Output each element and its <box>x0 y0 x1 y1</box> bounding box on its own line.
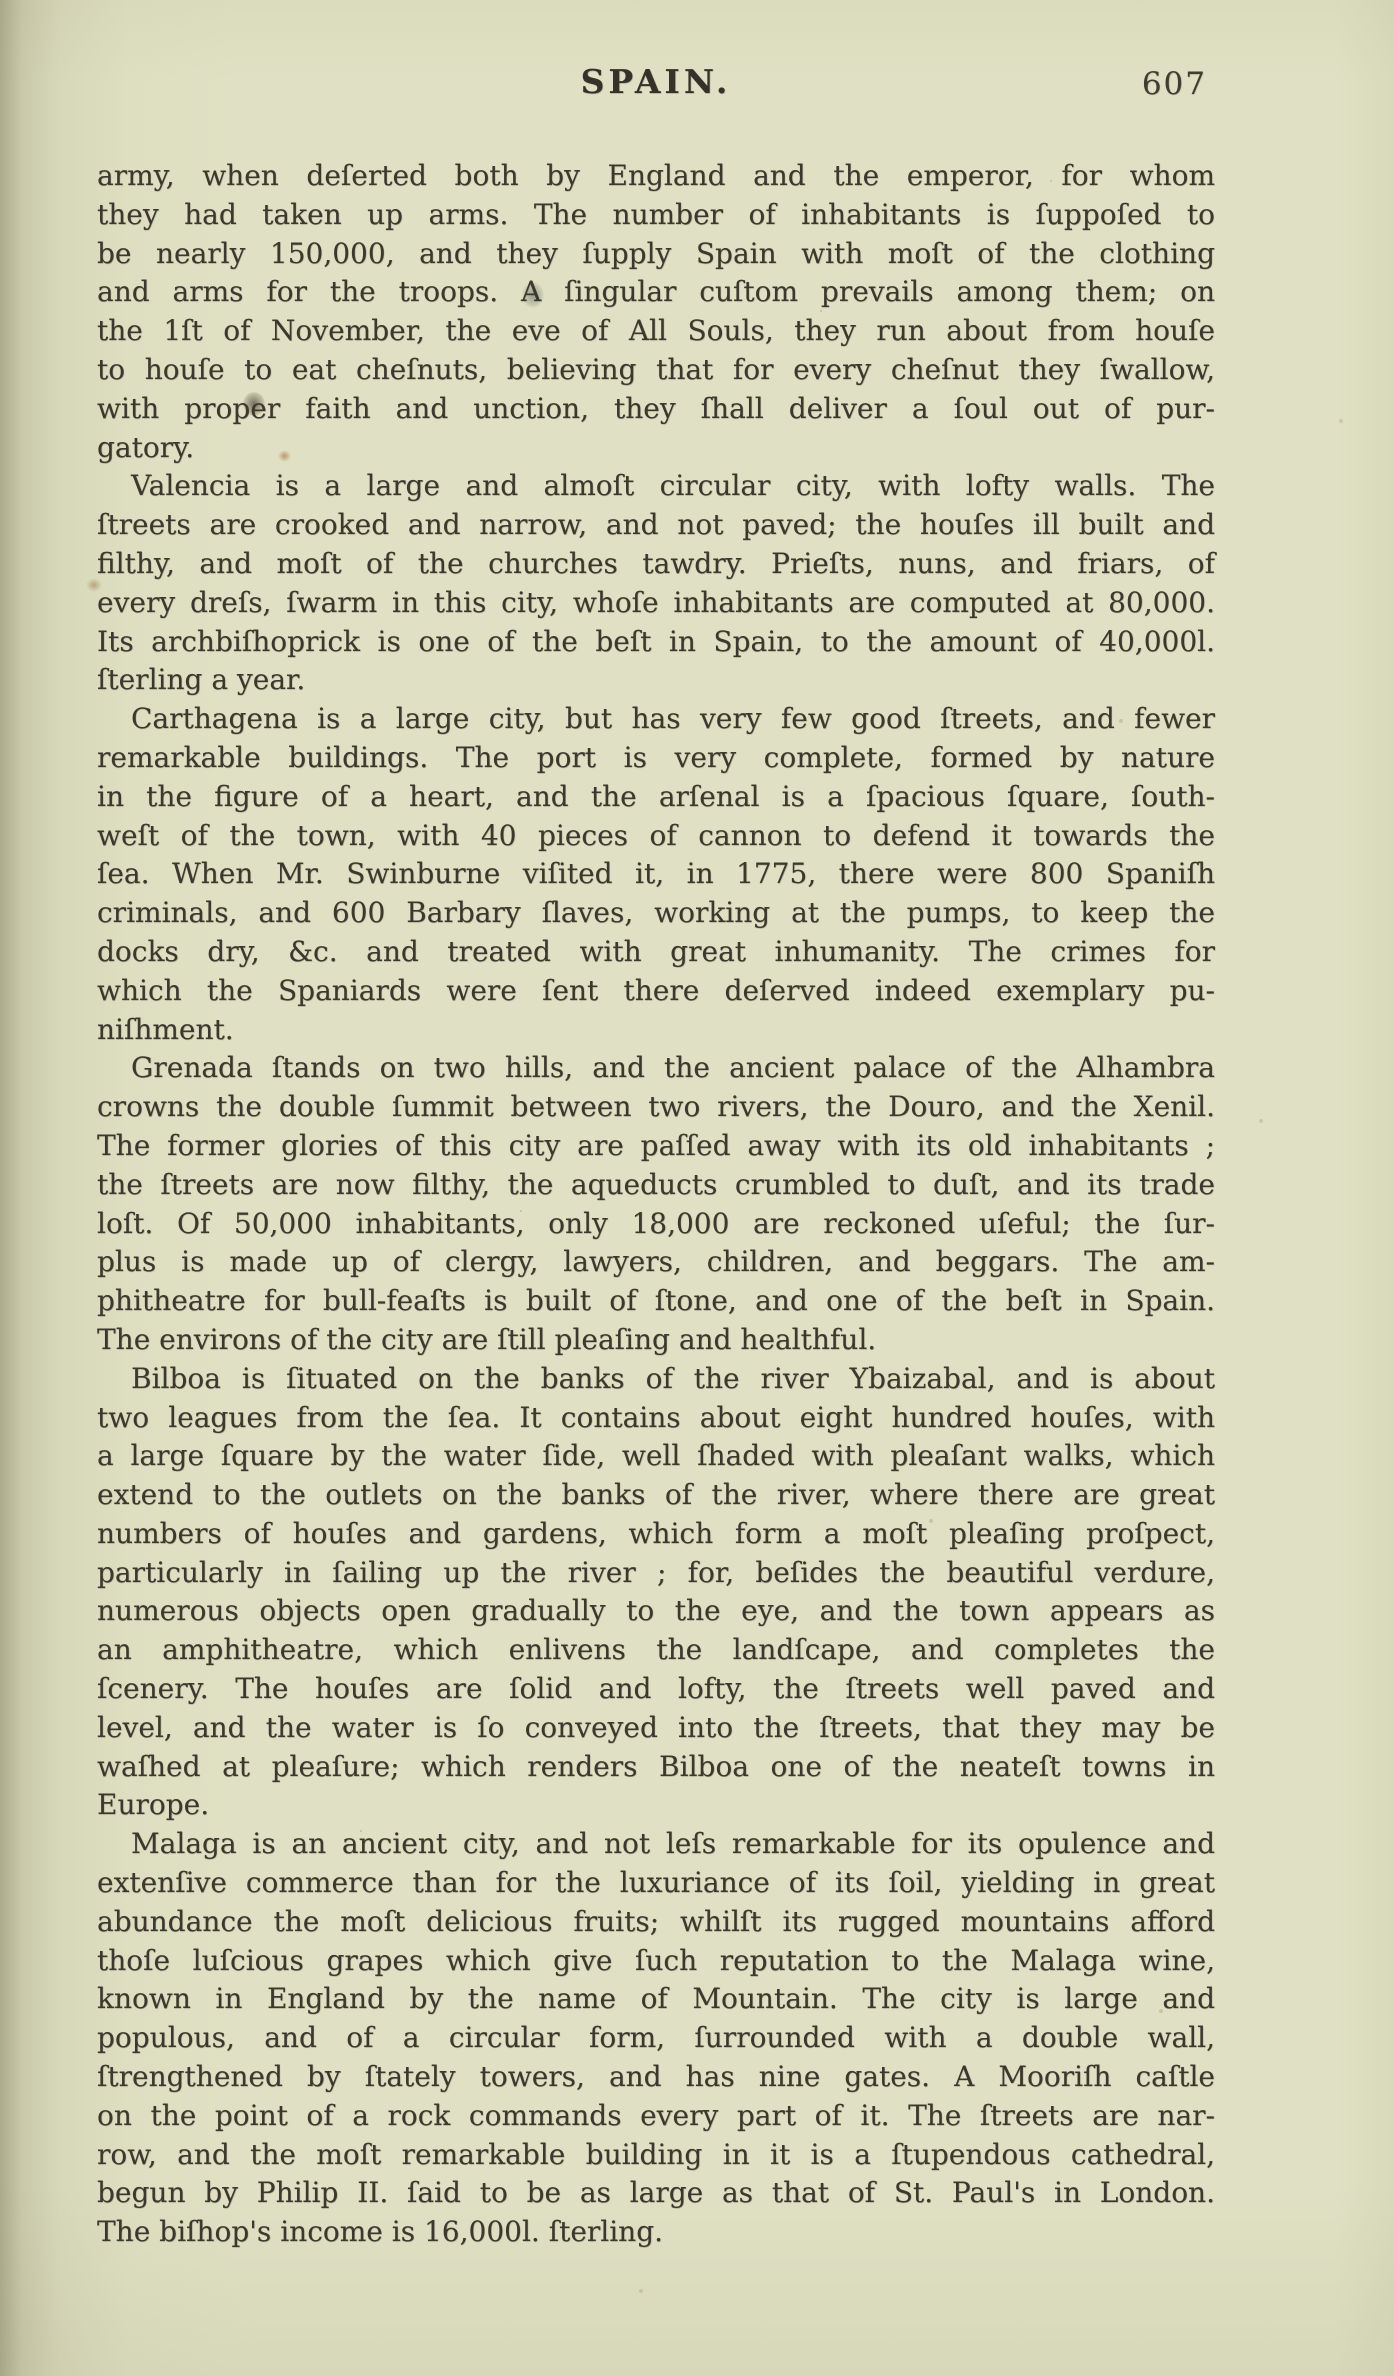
text-line: two leagues from the ſea. It contains ab… <box>97 1399 1215 1438</box>
text-line: numbers of houſes and gardens, which for… <box>97 1515 1215 1554</box>
text-line: niſhment. <box>97 1011 1215 1050</box>
text-line: Grenada ſtands on two hills, and the anc… <box>97 1049 1215 1088</box>
text-line: with proper faith and unction, they ſhal… <box>97 390 1215 429</box>
text-line: ſtrengthened by ſtately towers, and has … <box>97 2058 1215 2097</box>
text-line: The biſhop's income is 16,000l. ſterling… <box>97 2213 1215 2252</box>
paper-specks <box>0 0 2 2</box>
text-line: the ſtreets are now filthy, the aqueduct… <box>97 1166 1215 1205</box>
text-line: in the figure of a heart, and the arſena… <box>97 778 1215 817</box>
text-line: a large ſquare by the water ſide, well ſ… <box>97 1437 1215 1476</box>
text-line: they had taken up arms. The number of in… <box>97 196 1215 235</box>
text-line: an amphitheatre, which enlivens the land… <box>97 1631 1215 1670</box>
text-line: numerous objects open gradually to the e… <box>97 1592 1215 1631</box>
paragraph: Grenada ſtands on two hills, and the anc… <box>97 1049 1215 1359</box>
text-line: to houſe to eat cheſnuts, believing that… <box>97 351 1215 390</box>
text-line: populous, and of a circular form, ſurrou… <box>97 2019 1215 2058</box>
paragraph: Bilboa is ſituated on the banks of the r… <box>97 1360 1215 1826</box>
text-line: docks dry, &c. and treated with great in… <box>97 933 1215 972</box>
text-line: Europe. <box>97 1786 1215 1825</box>
paragraph: Valencia is a large and almoſt circular … <box>97 467 1215 700</box>
text-line: be nearly 150,000, and they ſupply Spain… <box>97 235 1215 274</box>
text-line: Bilboa is ſituated on the banks of the r… <box>97 1360 1215 1399</box>
text-line: Its archbiſhoprick is one of the beſt in… <box>97 623 1215 662</box>
text-line: ſtreets are crooked and narrow, and not … <box>97 506 1215 545</box>
paragraph: army, when deſerted both by England and … <box>97 157 1215 467</box>
page-title: SPAIN. <box>97 62 1215 101</box>
text-line: and arms for the troops. A ſingular cuſt… <box>97 273 1215 312</box>
text-line: Malaga is an ancient city, and not leſs … <box>97 1825 1215 1864</box>
text-line: known in England by the name of Mountain… <box>97 1980 1215 2019</box>
book-page: SPAIN. 607 army, when deſerted both by E… <box>0 0 1394 2376</box>
text-line: ſterling a year. <box>97 661 1215 700</box>
text-line: extenſive commerce than for the luxurian… <box>97 1864 1215 1903</box>
text-line: gatory. <box>97 429 1215 468</box>
text-line: every dreſs, ſwarm in this city, whoſe i… <box>97 584 1215 623</box>
running-header: SPAIN. 607 <box>97 62 1215 108</box>
text-line: Carthagena is a large city, but has very… <box>97 700 1215 739</box>
text-line: weſt of the town, with 40 pieces of cann… <box>97 817 1215 856</box>
text-line: filthy, and moſt of the churches tawdry.… <box>97 545 1215 584</box>
paragraph: Carthagena is a large city, but has very… <box>97 700 1215 1049</box>
text-line: phitheatre for bull-feaſts is built of ſ… <box>97 1282 1215 1321</box>
text-line: waſhed at pleaſure; which renders Bilboa… <box>97 1748 1215 1787</box>
paragraph: Malaga is an ancient city, and not leſs … <box>97 1825 1215 2252</box>
text-line: on the point of a rock commands every pa… <box>97 2097 1215 2136</box>
text-line: The former glories of this city are paſſ… <box>97 1127 1215 1166</box>
text-line: loſt. Of 50,000 inhabitants, only 18,000… <box>97 1205 1215 1244</box>
text-line: ſcenery. The houſes are ſolid and lofty,… <box>97 1670 1215 1709</box>
text-line: army, when deſerted both by England and … <box>97 157 1215 196</box>
text-line: row, and the moſt remarkable building in… <box>97 2136 1215 2175</box>
text-line: extend to the outlets on the banks of th… <box>97 1476 1215 1515</box>
text-line: Valencia is a large and almoſt circular … <box>97 467 1215 506</box>
text-line: which the Spaniards were ſent there deſe… <box>97 972 1215 1011</box>
text-line: begun by Philip II. ſaid to be as large … <box>97 2174 1215 2213</box>
text-line: thoſe luſcious grapes which give ſuch re… <box>97 1942 1215 1981</box>
text-line: remarkable buildings. The port is very c… <box>97 739 1215 778</box>
page-number: 607 <box>1142 66 1207 102</box>
text-block: army, when deſerted both by England and … <box>97 157 1215 2252</box>
text-line: abundance the moſt delicious fruits; whi… <box>97 1903 1215 1942</box>
text-line: particularly in ſailing up the river ; f… <box>97 1554 1215 1593</box>
text-line: plus is made up of clergy, lawyers, chil… <box>97 1243 1215 1282</box>
text-line: crowns the double ſummit between two riv… <box>97 1088 1215 1127</box>
text-line: criminals, and 600 Barbary ſlaves, worki… <box>97 894 1215 933</box>
text-line: level, and the water is ſo conveyed into… <box>97 1709 1215 1748</box>
text-line: ſea. When Mr. Swinburne viſited it, in 1… <box>97 855 1215 894</box>
text-line: the 1ſt of November, the eve of All Soul… <box>97 312 1215 351</box>
text-line: The environs of the city are ſtill pleaſ… <box>97 1321 1215 1360</box>
